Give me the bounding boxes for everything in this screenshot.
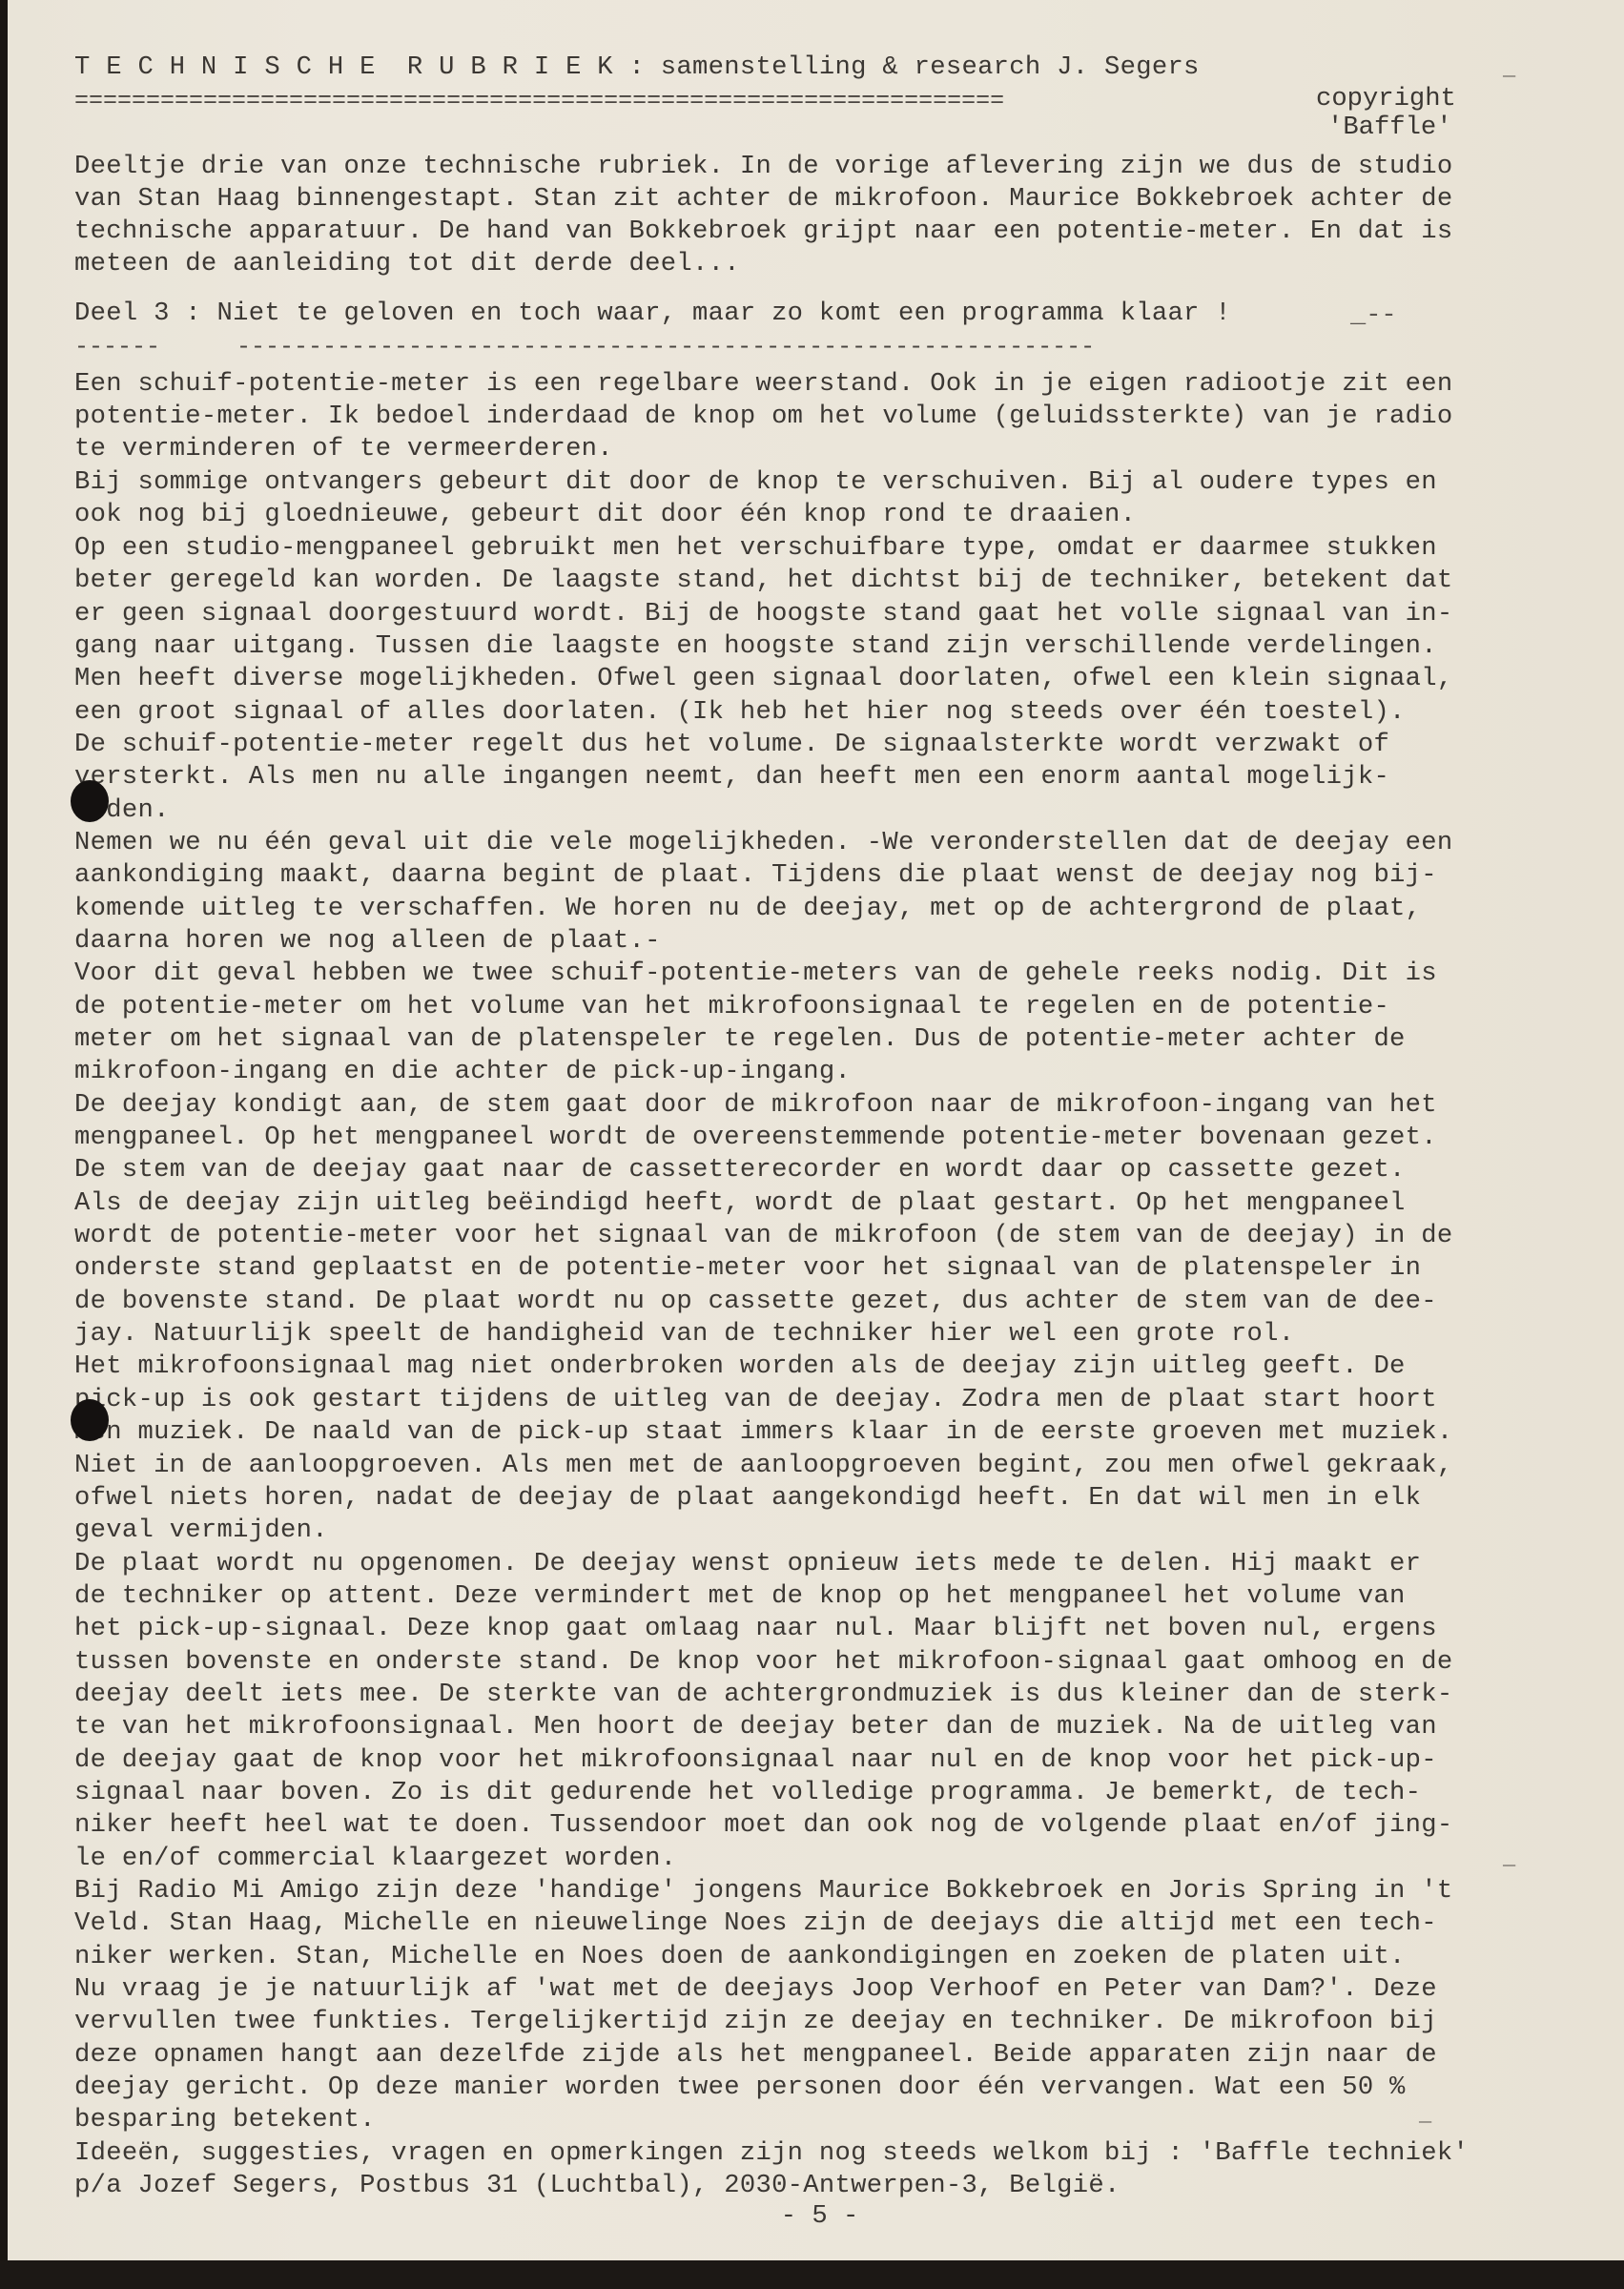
text-line: Op een studio-mengpaneel gebruikt men he… bbox=[74, 533, 1437, 564]
punch-hole bbox=[71, 780, 109, 822]
heading-underline-right: ----------------------------------------… bbox=[236, 332, 1095, 362]
text-line: Bij Radio Mi Amigo zijn deze 'handige' j… bbox=[74, 1876, 1453, 1907]
text-line: vervullen twee funkties. Tergelijkertijd… bbox=[74, 2007, 1437, 2037]
margin-mark: _ bbox=[1503, 57, 1515, 81]
text-line: meteen de aanleiding tot dit derde deel.… bbox=[74, 249, 740, 279]
text-line: Voor dit geval hebben we twee schuif-pot… bbox=[74, 959, 1437, 989]
text-line: technische apparatuur. De hand van Bokke… bbox=[74, 217, 1453, 247]
text-line: van Stan Haag binnengestapt. Stan zit ac… bbox=[74, 184, 1453, 215]
text-line: niker werken. Stan, Michelle en Noes doe… bbox=[74, 1942, 1406, 1972]
text-line: aankondiging maakt, daarna begint de pla… bbox=[74, 860, 1437, 891]
text-line: de potentie-meter om het volume van het … bbox=[74, 992, 1389, 1022]
text-line: de bovenste stand. De plaat wordt nu op … bbox=[74, 1287, 1437, 1317]
text-line: deejay deelt iets mee. De sterkte van de… bbox=[74, 1680, 1453, 1710]
text-line: onderste stand geplaatst en de potentie-… bbox=[74, 1253, 1421, 1284]
text-line: Bij sommige ontvangers gebeurt dit door … bbox=[74, 467, 1437, 498]
scan-edge bbox=[0, 2260, 1624, 2289]
text-line: Men heeft diverse mogelijkheden. Ofwel g… bbox=[74, 664, 1453, 694]
text-line: signaal naar boven. Zo is dit gedurende … bbox=[74, 1778, 1421, 1808]
text-line: versterkt. Als men nu alle ingangen neem… bbox=[74, 762, 1389, 793]
document-page: T E C H N I S C H E R U B R I E K : same… bbox=[8, 0, 1624, 2260]
text-line: Een schuif-potentie-meter is een regelba… bbox=[74, 369, 1453, 400]
text-line: De plaat wordt nu opgenomen. De deejay w… bbox=[74, 1549, 1421, 1579]
text-line: mengpaneel. Op het mengpaneel wordt de o… bbox=[74, 1123, 1437, 1153]
text-line: De stem van de deejay gaat naar de casse… bbox=[74, 1155, 1406, 1186]
text-line: Ideeën, suggesties, vragen en opmerkinge… bbox=[74, 2138, 1469, 2169]
margin-mark: _ bbox=[1419, 2103, 1431, 2127]
section-heading: Deel 3 : Niet te geloven en toch waar, m… bbox=[74, 299, 1231, 329]
text-line: meter om het signaal van de platenspeler… bbox=[74, 1024, 1406, 1055]
text-line: geval vermijden. bbox=[74, 1516, 328, 1546]
text-line: deze opnamen hangt aan dezelfde zijde al… bbox=[74, 2040, 1437, 2071]
punch-hole bbox=[71, 1399, 109, 1441]
text-line: Nemen we nu één geval uit die vele mogel… bbox=[74, 828, 1453, 858]
text-line: De schuif-potentie-meter regelt dus het … bbox=[74, 730, 1389, 760]
text-line: wordt de potentie-meter voor het signaal… bbox=[74, 1221, 1453, 1251]
text-line: er geen signaal doorgestuurd wordt. Bij … bbox=[74, 599, 1453, 629]
text-line: besparing betekent. bbox=[74, 2105, 376, 2135]
text-line: niker heeft heel wat te doen. Tussendoor… bbox=[74, 1810, 1453, 1841]
heading-underline-left: ------ bbox=[74, 332, 160, 362]
text-line: pick-up is ook gestart tijdens de uitleg… bbox=[74, 1385, 1437, 1415]
text-line: ook nog bij gloednieuwe, gebeurt dit doo… bbox=[74, 500, 1136, 530]
text-line: daarna horen we nog alleen de plaat.- bbox=[74, 926, 661, 957]
text-line: Het mikrofoonsignaal mag niet onderbroke… bbox=[74, 1351, 1406, 1382]
copyright-owner: 'Baffle' bbox=[1327, 113, 1452, 143]
rubric-title: T E C H N I S C H E R U B R I E K : same… bbox=[74, 52, 1200, 83]
margin-mark: _ bbox=[1503, 1846, 1515, 1870]
heading-mark: _-- bbox=[1350, 301, 1397, 330]
text-line: Deeltje drie van onze technische rubriek… bbox=[74, 152, 1453, 182]
text-line: beter geregeld kan worden. De laagste st… bbox=[74, 566, 1453, 596]
copyright-label: copyright bbox=[1316, 84, 1456, 114]
text-line: tussen bovenste en onderste stand. De kn… bbox=[74, 1647, 1453, 1678]
text-line: komende uitleg te verschaffen. We horen … bbox=[74, 894, 1421, 924]
header-rule: ========================================… bbox=[74, 86, 1004, 116]
text-line: Niet in de aanloopgroeven. Als men met d… bbox=[74, 1451, 1453, 1481]
text-line: Als de deejay zijn uitleg beëindigd heef… bbox=[74, 1188, 1406, 1219]
text-line: De deejay kondigt aan, de stem gaat door… bbox=[74, 1090, 1437, 1121]
text-line: men muziek. De naald van de pick-up staa… bbox=[74, 1417, 1453, 1448]
text-line: de techniker op attent. Deze vermindert … bbox=[74, 1581, 1406, 1612]
text-line: Veld. Stan Haag, Michelle en nieuwelinge… bbox=[74, 1908, 1437, 1939]
text-line: mikrofoon-ingang en die achter de pick-u… bbox=[74, 1057, 851, 1087]
text-line: deejay gericht. Op deze manier worden tw… bbox=[74, 2072, 1406, 2103]
text-line: een groot signaal of alles doorlaten. (I… bbox=[74, 697, 1406, 728]
text-line: te verminderen of te vermeerderen. bbox=[74, 434, 613, 464]
page-number: - 5 - bbox=[8, 2201, 1624, 2231]
text-line: Nu vraag je je natuurlijk af 'wat met de… bbox=[74, 1974, 1437, 2005]
text-line: le en/of commercial klaargezet worden. bbox=[74, 1844, 676, 1874]
text-line: de deejay gaat de knop voor het mikrofoo… bbox=[74, 1745, 1437, 1776]
text-line: ofwel niets horen, nadat de deejay de pl… bbox=[74, 1483, 1421, 1514]
text-line: te van het mikrofoonsignaal. Men hoort d… bbox=[74, 1712, 1437, 1743]
text-line: p/a Jozef Segers, Postbus 31 (Luchtbal),… bbox=[74, 2171, 1120, 2201]
text-line: het pick-up-signaal. Deze knop gaat omla… bbox=[74, 1614, 1437, 1644]
text-line: gang naar uitgang. Tussen die laagste en… bbox=[74, 631, 1437, 662]
text-line: potentie-meter. Ik bedoel inderdaad de k… bbox=[74, 402, 1453, 432]
text-line: jay. Natuurlijk speelt de handigheid van… bbox=[74, 1319, 1294, 1350]
